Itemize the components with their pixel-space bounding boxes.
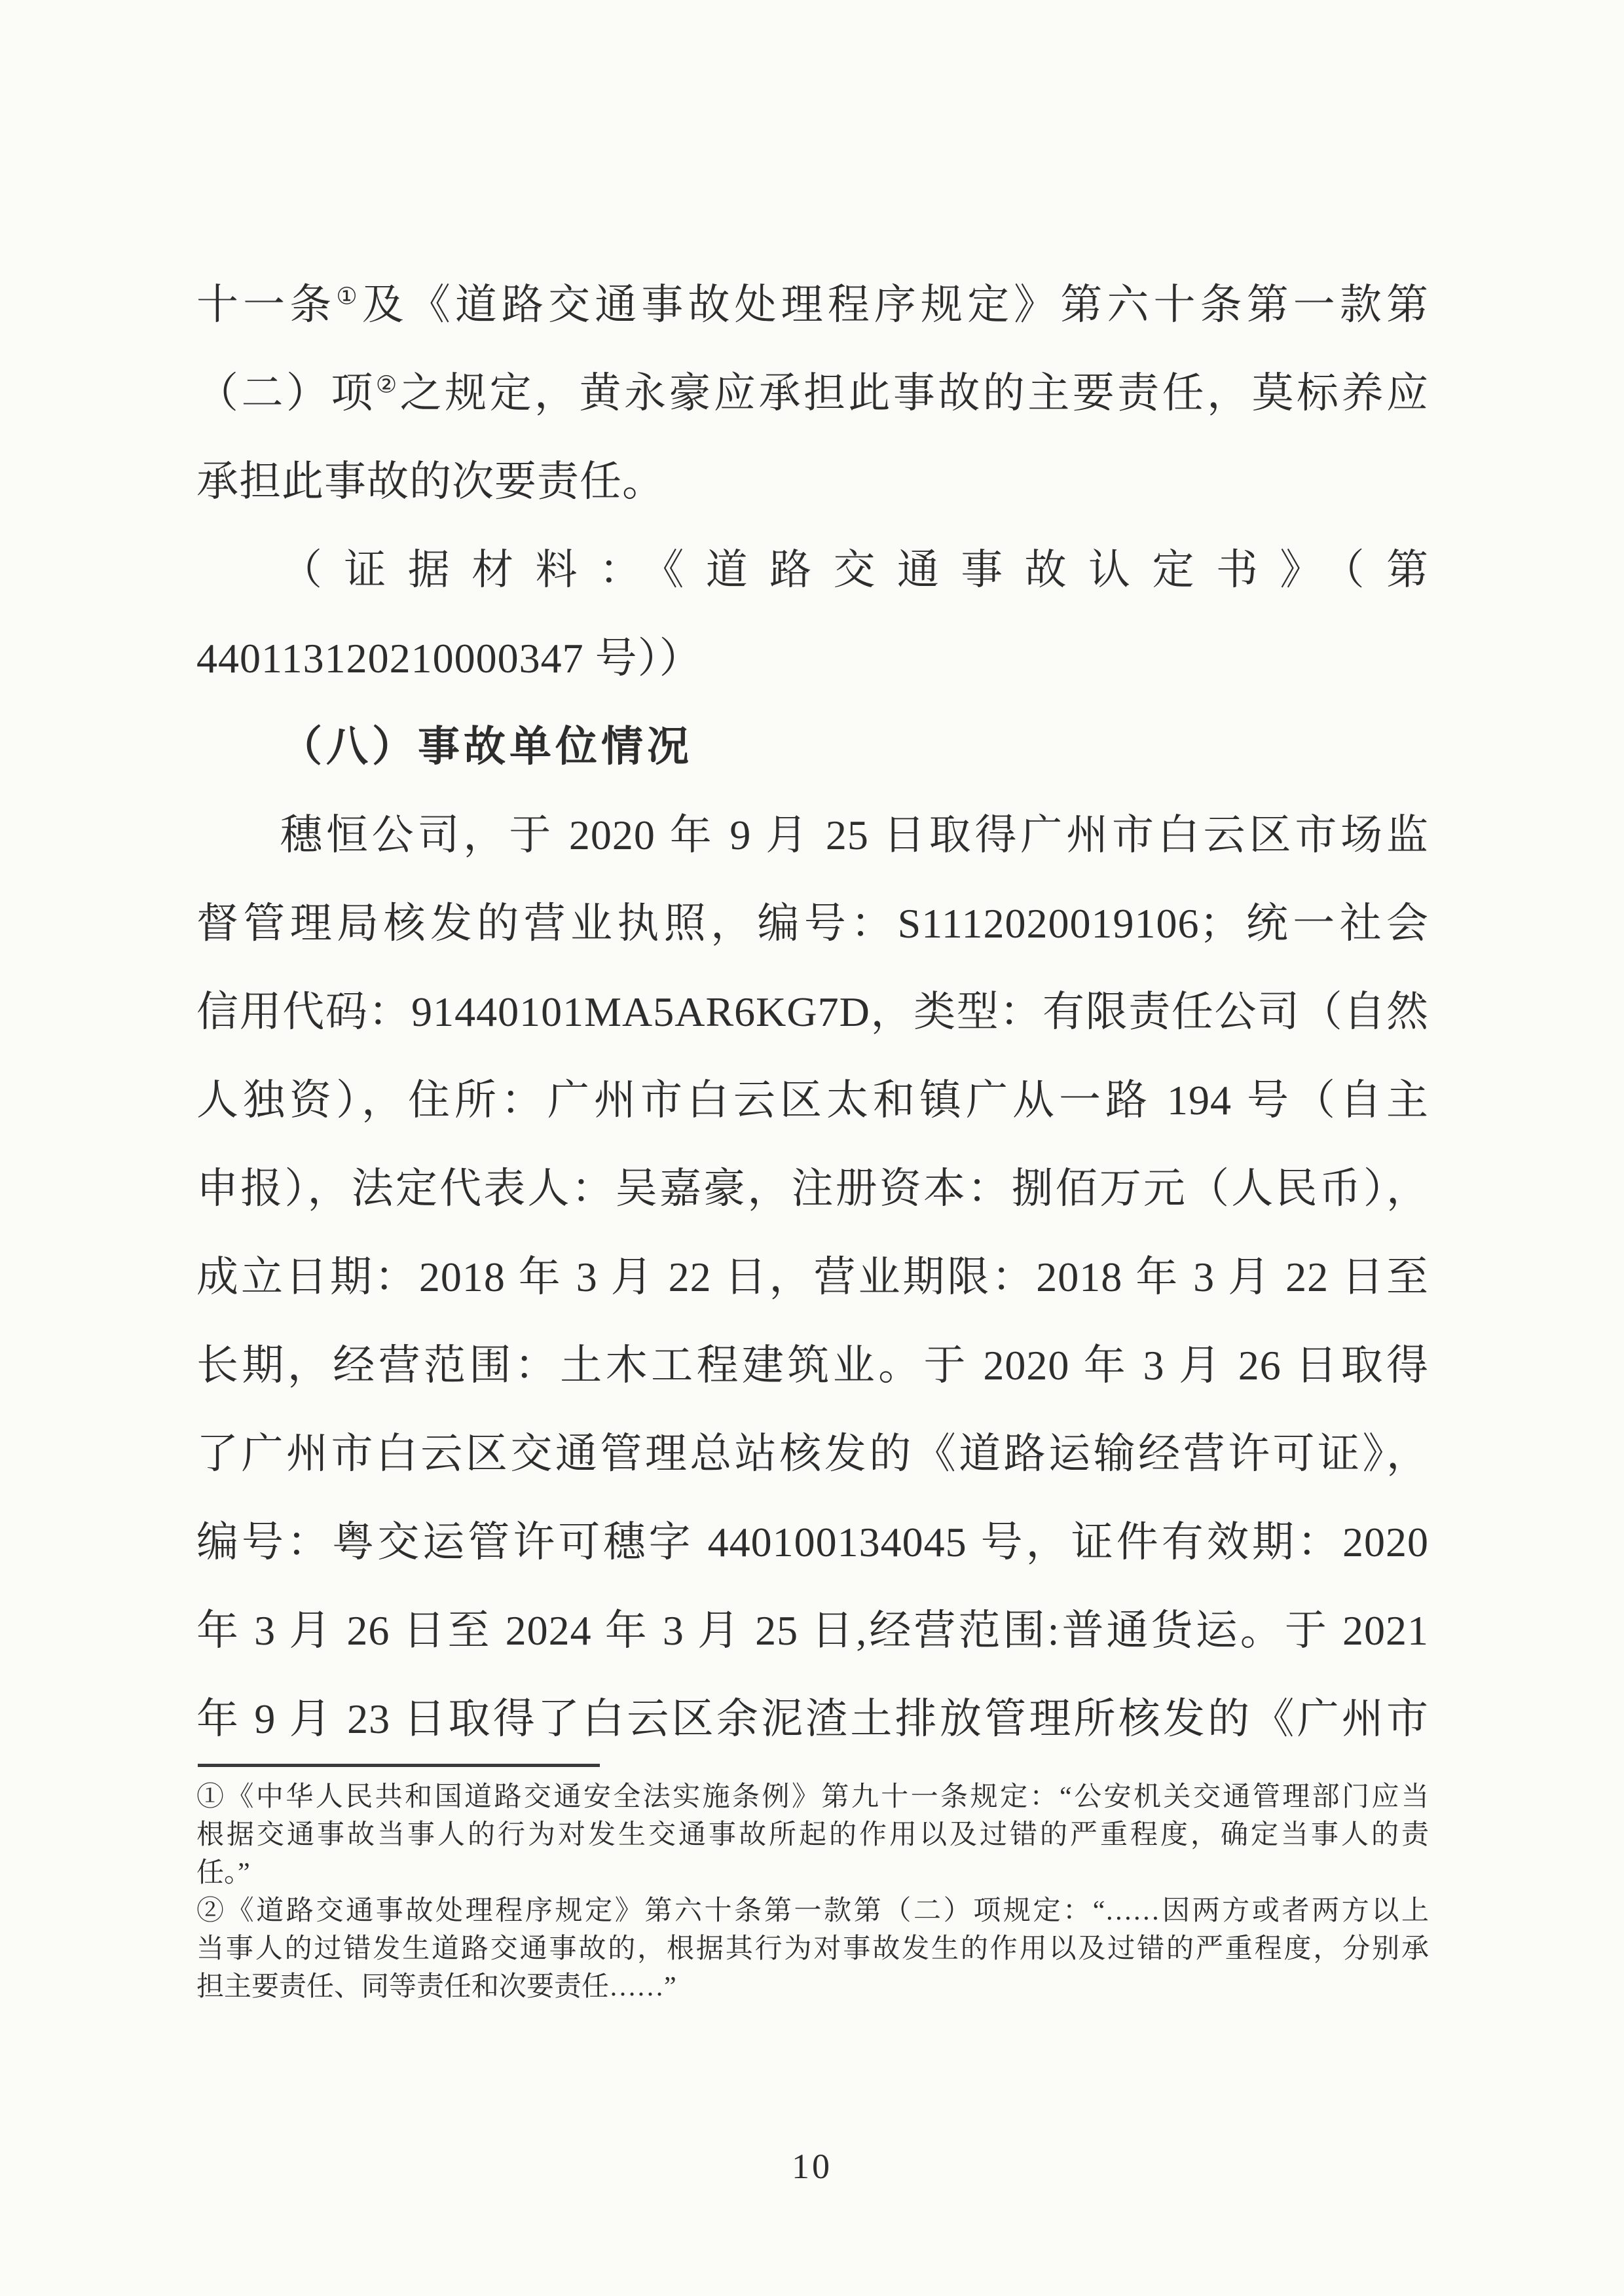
footnote-ref-marker: ② <box>376 372 400 398</box>
body-line: 440113120210000347 号）） <box>196 614 1429 702</box>
body-line: 年 3 月 26 日至 2024 年 3 月 25 日,经营范围:普通货运。于 … <box>196 1586 1429 1675</box>
footnote-line: 任。” <box>196 1854 1429 1892</box>
document-page: 十一条①及《道路交通事故处理程序规定》第六十条第一款第（二）项②之规定，黄永豪应… <box>0 0 1624 2296</box>
footnote-line: 担主要责任、同等责任和次要责任……” <box>196 1968 1429 2006</box>
body-line: 人独资），住所：广州市白云区太和镇广从一路 194 号（自主 <box>196 1056 1429 1144</box>
body-line: 编号：粤交运管许可穗字 440100134045 号，证件有效期：2020 <box>196 1498 1429 1586</box>
body-line: （证据材料：《道路交通事故认定书》（第 <box>196 526 1429 614</box>
footnote-ref-marker: ① <box>336 283 361 310</box>
footnote-line: 根据交通事故当事人的行为对发生交通事故所起的作用以及过错的严重程度，确定当事人的… <box>196 1816 1429 1854</box>
section-heading: （八）事故单位情况 <box>196 702 1429 791</box>
body-line: 督管理局核发的营业执照，编号：S1112020019106；统一社会 <box>196 879 1429 968</box>
body-line: 申报），法定代表人：吴嘉豪，注册资本：捌佰万元（人民币）， <box>196 1144 1429 1233</box>
body-text: 十一条①及《道路交通事故处理程序规定》第六十条第一款第（二）项②之规定，黄永豪应… <box>196 261 1429 1763</box>
body-line: 成立日期：2018 年 3 月 22 日，营业期限：2018 年 3 月 22 … <box>196 1233 1429 1321</box>
footnotes: ①《中华人民共和国道路交通安全法实施条例》第九十一条规定：“公安机关交通管理部门… <box>196 1778 1429 2006</box>
footnote-line: 当事人的过错发生道路交通事故的，根据其行为对事故发生的作用以及过错的严重程度，分… <box>196 1930 1429 1968</box>
body-line: （二）项②之规定，黄永豪应承担此事故的主要责任，莫标养应 <box>196 349 1429 437</box>
footnote-line: ②《道路交通事故处理程序规定》第六十条第一款第（二）项规定：“……因两方或者两方… <box>196 1892 1429 1930</box>
body-line: 年 9 月 23 日取得了白云区余泥渣土排放管理所核发的《广州市 <box>196 1675 1429 1763</box>
body-line: 承担此事故的次要责任。 <box>196 437 1429 526</box>
body-line: 信用代码：91440101MA5AR6KG7D，类型：有限责任公司（自然 <box>196 968 1429 1056</box>
page-number: 10 <box>0 2146 1624 2187</box>
body-line: 十一条①及《道路交通事故处理程序规定》第六十条第一款第 <box>196 261 1429 349</box>
body-line: 长期，经营范围：土木工程建筑业。于 2020 年 3 月 26 日取得 <box>196 1321 1429 1410</box>
body-line: 了广州市白云区交通管理总站核发的《道路运输经营许可证》， <box>196 1410 1429 1498</box>
footnote-line: ①《中华人民共和国道路交通安全法实施条例》第九十一条规定：“公安机关交通管理部门… <box>196 1778 1429 1816</box>
body-line: 穗恒公司，于 2020 年 9 月 25 日取得广州市白云区市场监 <box>196 791 1429 879</box>
footnote-separator <box>198 1764 600 1767</box>
